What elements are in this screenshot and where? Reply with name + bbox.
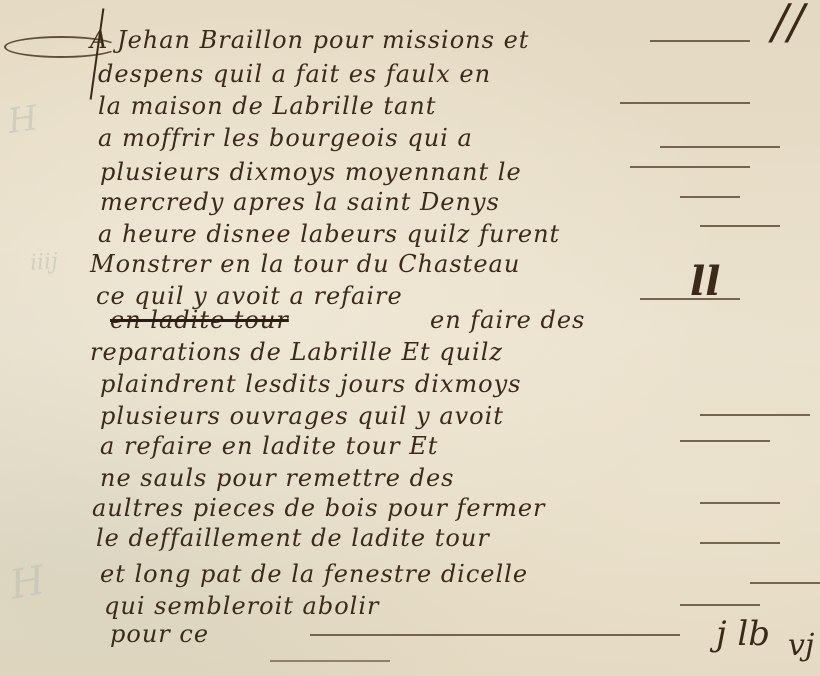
manuscript-line-3: la maison de Labrille tant	[98, 94, 436, 118]
manuscript-line-1: A Jehan Braillon pour missions et	[90, 28, 529, 52]
manuscript-line-12: plaindrent lesdits jours dixmoys	[100, 372, 522, 396]
line-filler	[620, 102, 750, 104]
line-filler	[660, 146, 780, 148]
manuscript-line-6: mercredy apres la saint Denys	[100, 190, 500, 214]
manuscript-line-15: ne sauls pour remettre des	[100, 466, 454, 490]
manuscript-line-7: a heure disnee labeurs quilz furent	[98, 222, 560, 246]
line-filler	[700, 542, 780, 544]
line-filler	[680, 440, 770, 442]
closing-rule	[310, 634, 680, 636]
line-filler	[750, 582, 820, 584]
line-filler	[700, 414, 810, 416]
manuscript-line-19: qui sembleroit abolir	[104, 594, 379, 618]
line-filler	[680, 604, 760, 606]
manuscript-line-4: a moffrir les bourgeois qui a	[98, 126, 473, 150]
manuscript-line-2: despens quil a fait es faulx en	[98, 62, 491, 86]
manuscript-line-13: plusieurs ouvrages quil y avoit	[100, 404, 504, 428]
manuscript-line-5: plusieurs dixmoys moyennant le	[100, 160, 522, 184]
manuscript-line-11: reparations de Labrille Et quilz	[90, 340, 503, 364]
manuscript-line-18: et long pat de la fenestre dicelle	[100, 562, 528, 586]
line-filler	[640, 298, 740, 300]
line-filler	[650, 40, 750, 42]
manuscript-page: H iiij H A Jehan Braillon pour missions …	[0, 0, 820, 676]
sum-amount-lb: j lb	[716, 614, 770, 654]
bleed-through-mark: H	[6, 557, 48, 608]
line-filler	[680, 196, 740, 198]
line-filler	[630, 166, 750, 168]
bleed-through-mark: iiij	[29, 249, 59, 276]
manuscript-line-8: Monstrer en la tour du Chasteau	[90, 252, 520, 276]
manuscript-line-10b: en faire des	[430, 308, 585, 332]
manuscript-line-17: le deffaillement de ladite tour	[96, 526, 490, 550]
sum-amount-edge: vj	[788, 628, 814, 663]
closing-flourish	[270, 660, 390, 662]
manuscript-line-9: ce quil y avoit a refaire	[96, 284, 403, 308]
bleed-through-mark: H	[5, 98, 40, 142]
line-filler	[700, 502, 780, 504]
margin-mark-top-right: //	[772, 0, 804, 50]
manuscript-line-10-struck: en ladite tour	[110, 308, 289, 332]
manuscript-line-16: aultres pieces de bois pour fermer	[92, 496, 546, 520]
manuscript-line-20: pour ce	[110, 622, 209, 646]
line-filler	[700, 225, 780, 227]
manuscript-line-14: a refaire en ladite tour Et	[100, 434, 438, 458]
